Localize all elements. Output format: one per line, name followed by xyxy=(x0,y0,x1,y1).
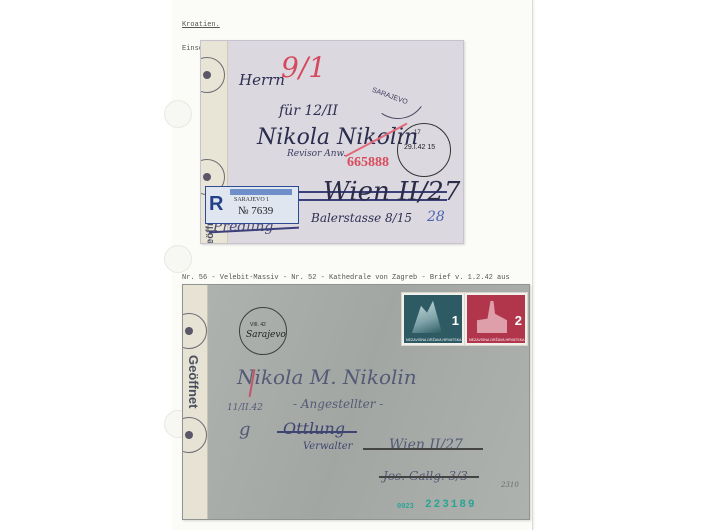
postmark: VIII. 42 Sarajevo xyxy=(239,307,287,355)
registration-label: R SARAJEVO 1 № 7639 xyxy=(205,186,299,224)
recipient-name: Nikola M. Nikolin xyxy=(237,365,417,389)
registration-letter: R xyxy=(209,193,223,216)
censor-tape-text: Geöffnet xyxy=(186,355,201,408)
handwritten-initial: g xyxy=(239,419,251,440)
red-number: 665888 xyxy=(347,155,389,171)
censored-envelope: Geöffnet VIII. 42 Sarajevo 1 NEZAVISNA D… xyxy=(182,284,530,520)
postmark-date-stamp: 17 29.I.42 15 xyxy=(397,123,451,177)
handwritten-date: 11/II.42 xyxy=(227,403,263,413)
censor-seal-icon xyxy=(182,417,207,453)
recipient-title: - Angestellter - xyxy=(293,397,383,411)
handwriting-fur: für 12/II xyxy=(279,103,338,119)
serial-number: 223189 xyxy=(425,499,477,511)
blue-number: 28 xyxy=(427,209,445,225)
caption-title: Kroatien. xyxy=(182,21,434,29)
caption-line-1: Nr. 56 - Velebit-Massiv - Nr. 52 - Kathe… xyxy=(182,274,510,282)
censor-tape: Geöffnet xyxy=(183,285,208,519)
registered-envelope: Geöffnet Herrn 9/1 SARAJEVO für 12/II Ni… xyxy=(200,40,464,244)
stamp-cathedral: 2 NEZAVISNA DRŽAVA HRVATSKA xyxy=(465,293,527,345)
recipient-city: Wien II/27 xyxy=(323,177,460,207)
album-page: Kroatien. Einschreibbrief v. 29.1.42 aus… xyxy=(172,0,533,530)
handwriting-prefix: Herrn xyxy=(239,71,285,89)
crossed-city: Wien II/27 xyxy=(389,437,463,453)
registration-number: № 7639 xyxy=(238,205,273,217)
recipient-street: Balerstasse 8/15 xyxy=(311,211,412,225)
registration-office: SARAJEVO 1 xyxy=(234,197,269,203)
red-pencil-mark: 9/1 xyxy=(281,51,326,84)
serial-prefix: 0023 xyxy=(397,503,414,511)
stamp-caption: NEZAVISNA DRŽAVA HRVATSKA xyxy=(406,338,462,342)
recipient-title: Revisor Anw. xyxy=(287,149,346,159)
pencil-note: 2310 xyxy=(501,481,519,489)
punch-hole xyxy=(164,100,192,128)
stamp-value: 1 xyxy=(452,313,459,328)
stamp-velebit: 1 NEZAVISNA DRŽAVA HRVATSKA xyxy=(402,293,464,345)
recipient-sub: Verwalter xyxy=(303,441,352,452)
censor-seal-icon xyxy=(182,313,207,349)
cathedral-image xyxy=(477,301,507,333)
stamp-value: 2 xyxy=(515,313,522,328)
stamp-caption: NEZAVISNA DRŽAVA HRVATSKA xyxy=(469,338,525,342)
recipient-place: Ottlung xyxy=(283,419,345,438)
censor-seal-icon xyxy=(200,57,225,93)
mountain-image xyxy=(412,299,442,333)
